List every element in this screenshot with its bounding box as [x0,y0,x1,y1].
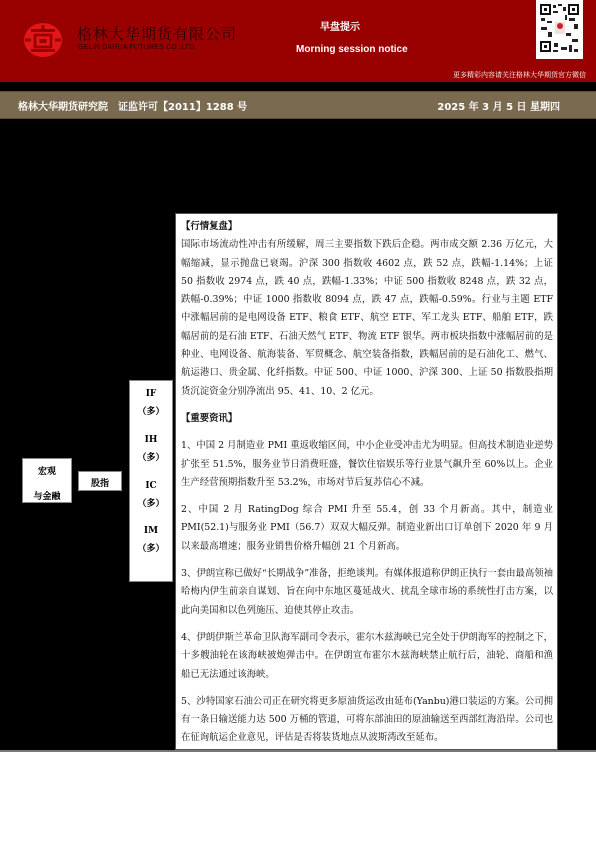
gelin-dahua-logo-icon [23,22,63,58]
contract-ic: IC （多） [130,477,172,513]
notice-title-en: Morning session notice [296,44,408,55]
contract-view: （多） [130,495,172,513]
contract-view: （多） [130,540,172,558]
institute-license: 格林大华期货研究院 证监许可【2011】1288 号 [18,98,247,113]
category-label-line1: 宏观 [23,464,71,477]
bottom-divider [0,750,596,752]
info-bar: 格林大华期货研究院 证监许可【2011】1288 号 2025 年 3 月 5 … [0,91,596,119]
contract-view: （多） [130,403,172,421]
contract-code: IC [130,477,172,495]
contract-ih: IH （多） [130,431,172,467]
contract-im: IM （多） [130,522,172,558]
review-paragraph: 国际市场流动性冲击有所缓解，周三主要指数下跌后企稳。两市成交额 2.36 万亿元… [181,236,553,401]
news-item-3: 3、伊朗宣称已做好“长期战争”准备，拒绝谈判。有媒体报道称伊朗正执行一套由最高领… [181,565,553,620]
category-label-line2: 与金融 [23,489,71,502]
notice-title-cn: 早盘提示 [320,18,360,33]
news-item-5: 5、沙特国家石油公司正在研究将更多原油货运改由延布(Yanbu)港口装运的方案。… [181,693,553,748]
company-name-en: GELIN DAHUA FUTURES CO.,LTD. [78,44,197,51]
company-name-cn: 格林大华期货有限公司 [77,23,237,44]
contracts-box: IF （多） IH （多） IC （多） IM （多） [129,380,173,582]
contract-code: IH [130,431,172,449]
news-item-4: 4、伊朗伊斯兰革命卫队海军副司令表示，霍尔木兹海峡已完全处于伊朗海军的控制之下，… [181,629,553,684]
contract-view: （多） [130,449,172,467]
contract-code: IF [130,385,172,403]
subcategory-label: 股指 [79,476,121,489]
wechat-qr-code [536,0,583,59]
report-date: 2025 年 3 月 5 日 星期四 [437,98,560,113]
main-content-box: 【行情复盘】 国际市场流动性冲击有所缓解，周三主要指数下跌后企稳。两市成交额 2… [175,213,558,750]
news-section-title: 【重要资讯】 [181,410,553,428]
qr-code-icon [539,3,580,56]
follow-wechat-text: 更多精彩内容请关注格林大华期货官方微信 [453,70,586,80]
subcategory-box-stock-index: 股指 [78,471,122,491]
news-item-1: 1、中国 2 月制造业 PMI 重返收缩区间，中小企业受冲击尤为明显。但高技术制… [181,437,553,492]
category-box-macro-finance: 宏观 与金融 [22,458,72,503]
page-header: 格林大华期货有限公司 GELIN DAHUA FUTURES CO.,LTD. … [0,0,596,82]
contract-code: IM [130,522,172,540]
news-item-2: 2、中国 2 月 RatingDog 综合 PMI 升至 55.4，创 33 个… [181,501,553,556]
contract-if: IF （多） [130,385,172,421]
review-section-title: 【行情复盘】 [181,218,553,236]
